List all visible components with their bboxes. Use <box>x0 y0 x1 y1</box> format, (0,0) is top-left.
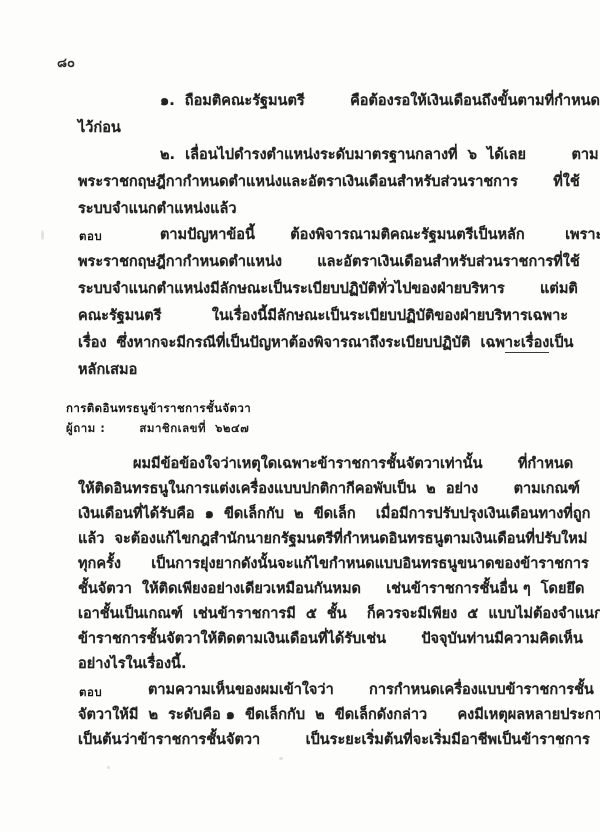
asker-member-number: สมาชิกเลขที่ ๖๒๔๗ <box>139 420 249 438</box>
numbered-items-paragraph: ๑. ถือมติคณะรัฐมนตรี คือต้องรอให้เงินเดื… <box>78 88 518 223</box>
section-heading: การติดอินทรธนูข้าราชการชั้นจัตวา <box>66 400 251 418</box>
text-segment: เป็น <box>549 335 573 351</box>
text-line: หลักเสมอ <box>78 357 518 384</box>
text-line: เงินเดือนที่ได้รับคือ ๑ ขีดเล็กกับ ๒ ขีด… <box>78 502 518 527</box>
text-line: เอาชั้นเป็นเกณฑ์ เช่นข้าราชการมี ๕ ชั้น … <box>78 602 518 627</box>
text-line: ให้ติดอินทรธนูในการแต่งเครื่องแบบปกติกาก… <box>78 477 518 502</box>
text-line: ผมมีข้อข้องใจว่าเหตุใดเฉพาะข้าราชการชั้น… <box>78 452 518 477</box>
text-line-with-underline: เรื่อง ซึ่งหากจะมีกรณีที่เป็นปัญหาต้องพิ… <box>78 330 518 357</box>
text-line: พระราชกฤษฎีกากำหนดตำแหน่งและอัตราเงินเดื… <box>78 169 518 196</box>
text-line: ข้าราชการชั้นจัตวาให้ติดตามเงินเดือนที่ไ… <box>78 627 518 652</box>
page-number: ๘๐ <box>57 52 75 73</box>
asker-row: ผู้ถาม : สมาชิกเลขที่ ๖๒๔๗ <box>66 420 249 438</box>
text-line: ทุกครั้ง เป็นการยุ่งยากดังนั้นจะแก้ไขกำห… <box>78 552 518 577</box>
text-line: ตามปัญหาข้อนี้ ต้องพิจารณามติคณะรัฐมนตรี… <box>78 222 518 249</box>
text-line: ๑. ถือมติคณะรัฐมนตรี คือต้องรอให้เงินเดื… <box>78 88 518 115</box>
text-segment: เรื่อง ซึ่งหากจะมีกรณีที่เป็นปัญหาต้องพิ… <box>78 335 505 351</box>
scan-artifact <box>41 230 44 240</box>
text-line: ระบบจำแนกตำแหน่งแล้ว <box>78 196 518 223</box>
text-line: แล้ว จะต้องแก้ไขกฎสำนักนายกรัฐมนตรีที่กำ… <box>78 527 518 552</box>
underlined-text: าะเรื่อง <box>505 335 549 353</box>
scan-artifact <box>279 757 283 760</box>
text-line: ชั้นจัตวา ให้ติดเพียงอย่างเดียวเหมือนกัน… <box>78 577 518 602</box>
scanned-document-page: ๘๐ ๑. ถือมติคณะรัฐมนตรี คือต้องรอให้เงิน… <box>0 0 600 832</box>
answer-paragraph: ตามความเห็นของผมเข้าใจว่า การกำหนดเครื่อ… <box>78 678 518 753</box>
text-line: คณะรัฐมนตรี ในเรื่องนี้มีลักษณะเป็นระเบี… <box>78 303 518 330</box>
text-line: เป็นต้นว่าข้าราชการชั้นจัตวา เป็นระยะเริ… <box>78 728 518 753</box>
text-line: อย่างไรในเรื่องนี้. <box>78 652 518 677</box>
text-line: ไว้ก่อน <box>78 115 518 142</box>
question-paragraph: ผมมีข้อข้องใจว่าเหตุใดเฉพาะข้าราชการชั้น… <box>78 452 518 677</box>
text-line: ๒. เลื่อนไปดำรงตำแหน่งระดับมาตรฐานกลางที… <box>78 142 518 169</box>
text-line: ระบบจำแนกตำแหน่งมีลักษณะเป็นระเบียบปฏิบั… <box>78 276 518 303</box>
text-line: จัตวาให้มี ๒ ระดับคือ ๑ ขีดเล็กกับ ๒ ขีด… <box>78 703 518 728</box>
scan-artifact <box>107 766 110 769</box>
text-line: พระราชกฤษฎีกากำหนดตำแหน่ง และอัตราเงินเด… <box>78 249 518 276</box>
scan-artifact <box>558 745 562 748</box>
asker-label: ผู้ถาม : <box>66 420 105 438</box>
answer-paragraph: ตามปัญหาข้อนี้ ต้องพิจารณามติคณะรัฐมนตรี… <box>78 222 518 384</box>
text-line: ตามความเห็นของผมเข้าใจว่า การกำหนดเครื่อ… <box>78 678 518 703</box>
